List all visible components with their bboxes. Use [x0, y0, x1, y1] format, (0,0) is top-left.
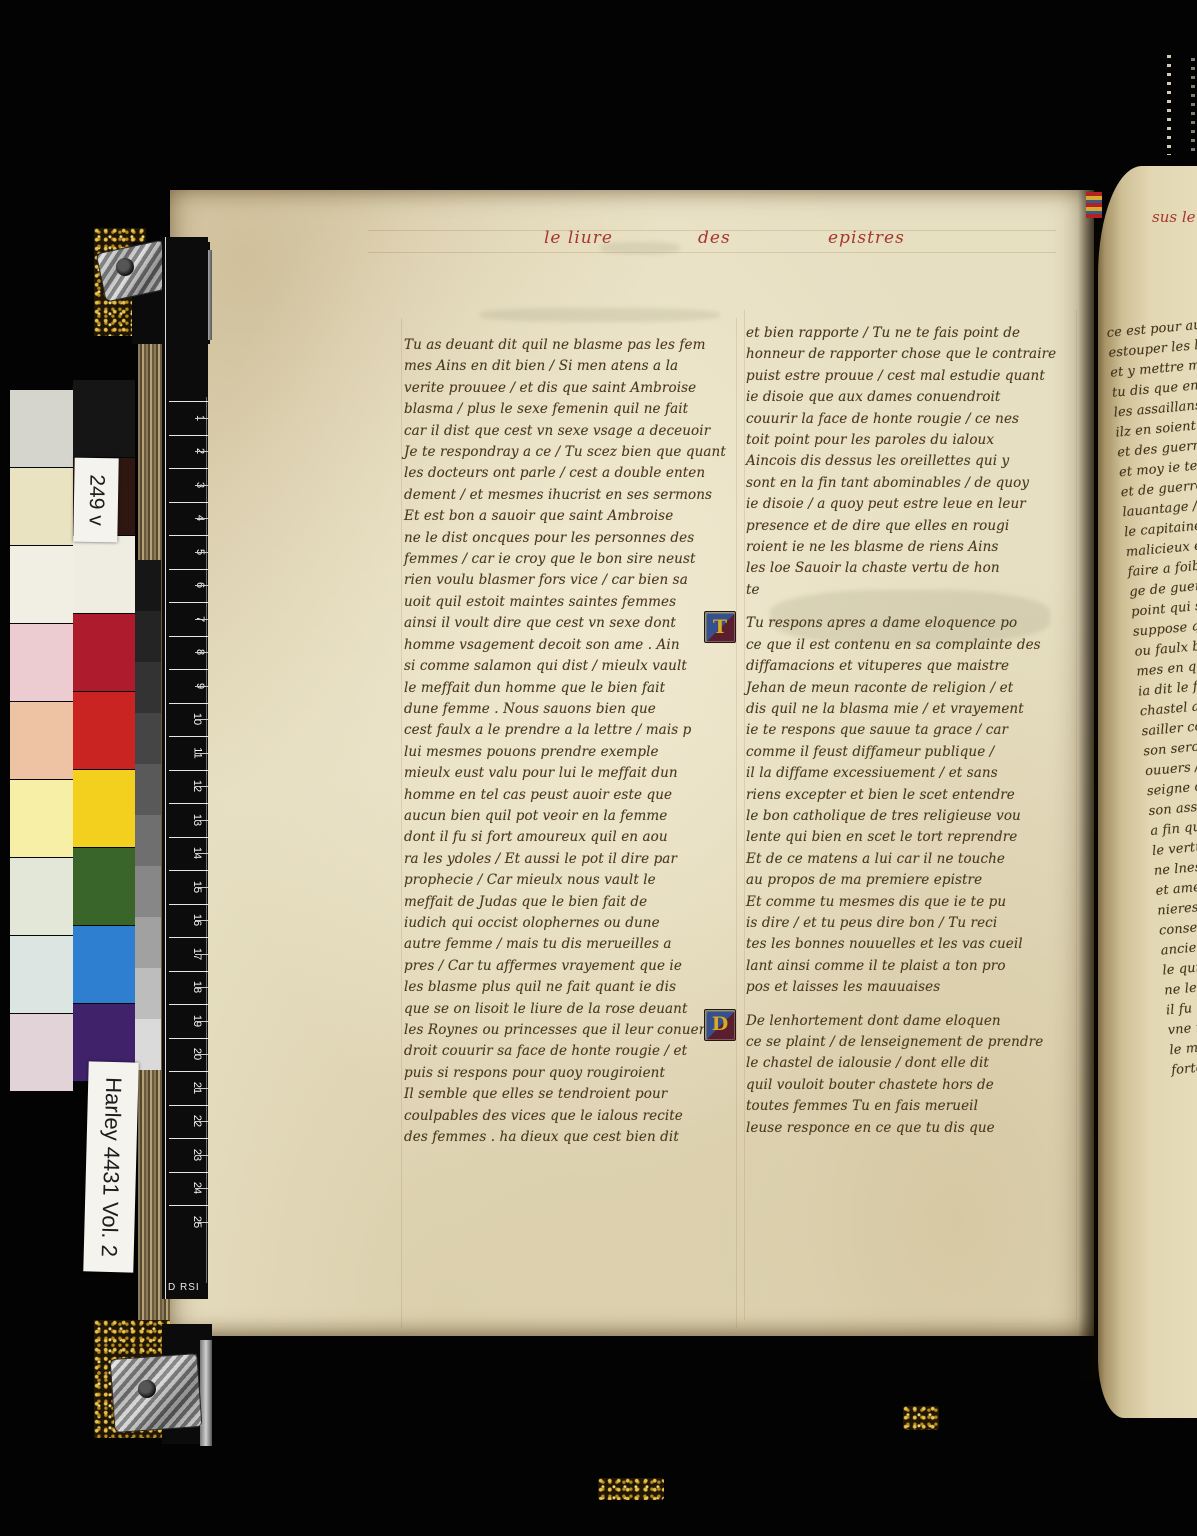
text-line: ie disoie / a quoy peut estre leue en le… [746, 494, 1080, 515]
text-line: lente qui bien en scet le tort reprendre [746, 827, 1080, 848]
text-line: les loe Sauoir la chaste vertu de hon [746, 558, 1080, 579]
text-line: les Roynes ou princesses que il leur con… [404, 1020, 738, 1041]
photograph-stage: le liure des epistres Tu as deuant dit q… [0, 0, 1197, 1536]
ruling-line [401, 318, 402, 1328]
text-line: ie te respons que sauue ta grace / car [746, 720, 1080, 741]
text-line: le chastel de ialousie / dont elle dit [746, 1053, 1080, 1074]
text-line: il la diffame excessiuement / et sans [746, 763, 1080, 784]
text-line: dis quil ne la blasma mie / et vrayement [746, 699, 1080, 720]
recto-running-title: sus le [1152, 208, 1196, 226]
gray-step [135, 1019, 161, 1070]
color-swatch [73, 380, 135, 458]
color-swatch [10, 468, 73, 546]
text-line: Je te respondray a ce / Tu scez bien que… [404, 442, 738, 463]
text-line: coulpables des vices que le ialous recit… [404, 1106, 738, 1127]
text-line: cest faulx a le prendre a la lettre / ma… [404, 720, 738, 741]
ruler-unit: 3 [162, 468, 208, 502]
text-line: puist estre prouue / cest mal estudie qu… [746, 366, 1080, 387]
color-swatch [10, 624, 73, 702]
ruler-unit: 6 [162, 569, 208, 603]
ruler-unit: 1 [162, 401, 208, 435]
ink-showthrough [480, 308, 720, 322]
ruler-unit: 19 [162, 1004, 208, 1038]
text-line: leuse responce en ce que tu dis que [746, 1118, 1080, 1139]
gray-step [135, 968, 161, 1019]
folio-number-sticker: 249 v [73, 458, 118, 543]
paragraph-with-initial-D: D De lenhortement dont dame eloquen ce s… [746, 1011, 1080, 1139]
gilt-edge-dots [1191, 58, 1195, 154]
text-line: iudich qui occist olophernes ou dune [404, 913, 738, 934]
text-line: te [746, 580, 1080, 601]
color-swatch [73, 770, 135, 848]
text-line: le meffait dun homme que le bien fait [404, 678, 738, 699]
gold-edge-glint-bottom [598, 1478, 664, 1500]
text-line: pres / Car tu affermes vrayement que ie [404, 956, 738, 977]
text-line: meffait de Judas que le bien fait de [404, 892, 738, 913]
ruler-footer-label: D RSI [168, 1282, 200, 1293]
gold-edge-glint-right [903, 1406, 939, 1430]
text-line: ie disoie que aux dames conuendroit [746, 387, 1080, 408]
text-line: si comme salamon qui dist / mieulx vault [404, 656, 738, 677]
gray-step [135, 815, 161, 866]
text-line: Aincois dis dessus les oreillettes qui y [746, 451, 1080, 472]
ruling-line [744, 310, 745, 1320]
text-line: que se on lisoit le liure de la rose deu… [404, 999, 738, 1020]
ruler-unit: 24 [162, 1172, 208, 1206]
gray-step [135, 662, 161, 713]
gray-step [135, 764, 161, 815]
text-line: ce se plaint / de lenseignement de prend… [746, 1032, 1080, 1053]
illuminated-initial-T: T [704, 611, 736, 643]
ruler-unit: 5 [162, 535, 208, 569]
text-line: au propos de ma premiere epistre [746, 870, 1080, 891]
paragraph: et bien rapporte / Tu ne te fais point d… [746, 323, 1080, 601]
ruler-unit: 23 [162, 1138, 208, 1172]
grayscale-strip [135, 560, 161, 1070]
metal-clip-bottom [110, 1353, 203, 1433]
color-swatch [73, 692, 135, 770]
ruler-unit: 2 [162, 435, 208, 469]
ruler-unit: 9 [162, 669, 208, 703]
running-title-word: epistres [828, 228, 905, 248]
gilt-edge-dots [1167, 55, 1171, 155]
text-line-first: T Tu respons apres a dame eloquence po [746, 613, 1080, 634]
text-line: mes Ains en dit bien / Si men atens a la [404, 356, 738, 377]
text-line: prophecie / Car mieulx nous vault le [404, 870, 738, 891]
text-line: Et comme tu mesmes dis que ie te pu [746, 892, 1080, 913]
color-swatch [73, 926, 135, 1004]
color-swatch [10, 1014, 73, 1092]
ruler-unit: 25 [162, 1205, 208, 1239]
text-line: lui mesmes pouons prendre exemple [404, 742, 738, 763]
text-line: toit point pour les paroles du ialoux [746, 430, 1080, 451]
ruler-unit: 11 [162, 736, 208, 770]
text-line: presence et de dire que elles en rougi [746, 516, 1080, 537]
text-line: des femmes . ha dieux que cest bien dit [404, 1127, 738, 1148]
ruler-unit: 12 [162, 770, 208, 804]
text-line: quil vouloit bouter chastete hors de [746, 1075, 1080, 1096]
ruler-unit: 10 [162, 703, 208, 737]
text-line: Et est bon a sauoir que saint Ambroise [404, 506, 738, 527]
text-line: tes les bonnes nouuelles et les vas cuei… [746, 934, 1080, 955]
text-column-1: Tu as deuant dit quil ne blasme pas les … [404, 335, 738, 1148]
ruler-unit: 15 [162, 870, 208, 904]
text-line: ainsi il voult dire que cest vn sexe don… [404, 613, 738, 634]
ruler-unit: 21 [162, 1071, 208, 1105]
ruler-scale: 1234567891011121314151617181920212223242… [162, 401, 208, 1239]
ruling-line [368, 252, 1056, 253]
ruler-unit: 22 [162, 1105, 208, 1139]
text-line: Il semble que elles se tendroient pour [404, 1084, 738, 1105]
color-swatch [10, 780, 73, 858]
running-title-word: le liure [544, 228, 613, 248]
ruler-unit: 7 [162, 602, 208, 636]
clip-hole-top [116, 258, 134, 276]
clip-hole-bottom [138, 1380, 156, 1398]
manuscript-recto-page: sus le ce est pour auiser lesestouper le… [1098, 166, 1197, 1418]
text-line: homme vsagement decoit son ame . Ain [404, 635, 738, 656]
first-line-text: Tu respons apres a dame eloquence po [746, 615, 1017, 631]
illuminated-initial-D: D [704, 1009, 736, 1041]
text-line: roient ie ne les blasme de riens Ains [746, 537, 1080, 558]
text-line: toutes femmes Tu en fais merueil [746, 1096, 1080, 1117]
text-line: dont il fu si fort amoureux quil en aou [404, 827, 738, 848]
shelfmark-sticker: Harley 4431 Vol. 2 [83, 1061, 138, 1272]
strap-bar-bottom [200, 1340, 212, 1446]
gutter-shadow [1078, 190, 1100, 1380]
gray-step [135, 560, 161, 611]
text-line: riens excepter et bien le scet entendre [746, 785, 1080, 806]
text-line: is dire / et tu peus dire bon / Tu reci [746, 913, 1080, 934]
text-line: aucun bien quil pot veoir en la femme [404, 806, 738, 827]
text-line: Tu as deuant dit quil ne blasme pas les … [404, 335, 738, 356]
text-line: pos et laisses les mauuaises [746, 977, 1080, 998]
ruler-unit: 4 [162, 502, 208, 536]
color-swatch [10, 546, 73, 624]
text-line: ce que il est contenu en sa complainte d… [746, 635, 1080, 656]
color-swatch [73, 848, 135, 926]
ruler-unit: 17 [162, 937, 208, 971]
color-swatch [10, 936, 73, 1014]
gray-step [135, 866, 161, 917]
text-line: droit couurir sa face de honte rougie / … [404, 1041, 738, 1062]
text-line-first: D De lenhortement dont dame eloquen [746, 1011, 1080, 1032]
ruler-unit: 14 [162, 837, 208, 871]
text-line: les blasme plus quil ne fait quant ie di… [404, 977, 738, 998]
text-column-2: et bien rapporte / Tu ne te fais point d… [746, 323, 1080, 1139]
text-line: femmes / car ie croy que le bon sire neu… [404, 549, 738, 570]
text-line: les docteurs ont parle / cest a double e… [404, 463, 738, 484]
text-line: ne le dist oncques pour les personnes de… [404, 528, 738, 549]
ruler-unit: 13 [162, 803, 208, 837]
text-line: dement / et mesmes ihucrist en ses sermo… [404, 485, 738, 506]
text-line: homme en tel cas peust auoir este que [404, 785, 738, 806]
text-line: Et de ce matens a lui car il ne touche [746, 849, 1080, 870]
paragraph-body: ce se plaint / de lenseignement de prend… [746, 1032, 1080, 1139]
text-line: sont en la fin tant abominables / de quo… [746, 473, 1080, 494]
text-line: uoit quil estoit maintes saintes femmes [404, 592, 738, 613]
color-swatch [73, 614, 135, 692]
color-swatch [10, 702, 73, 780]
text-line: blasma / plus le sexe femenin quil ne fa… [404, 399, 738, 420]
ruler-unit: 18 [162, 971, 208, 1005]
text-line: verite prouuee / et dis que saint Ambroi… [404, 378, 738, 399]
ruler-unit: 20 [162, 1038, 208, 1072]
color-swatch [73, 536, 135, 614]
ruler: 1234567891011121314151617181920212223242… [162, 237, 208, 1299]
gilded-page-edge-decoration [1086, 192, 1102, 218]
text-line: ra les ydoles / Et aussi le pot il dire … [404, 849, 738, 870]
ruler-unit: 16 [162, 904, 208, 938]
recto-text-column: ce est pour auiser lesestouper les lieux… [1106, 312, 1197, 1081]
text-line: car il dist que cest vn sexe vsage a dec… [404, 421, 738, 442]
running-title-word: des [698, 228, 731, 248]
first-line-text: De lenhortement dont dame eloquen [746, 1013, 1001, 1029]
text-line: autre femme / mais tu dis merueilles a [404, 934, 738, 955]
color-card-outer-column [10, 390, 73, 1092]
text-line: diffamacions et vituperes que maistre [746, 656, 1080, 677]
text-line: et bien rapporte / Tu ne te fais point d… [746, 323, 1080, 344]
text-line: puis si respons pour quoy rougiroient [404, 1063, 738, 1084]
text-line: dune femme . Nous sauons bien que [404, 699, 738, 720]
text-line: Jehan de meun raconte de religion / et [746, 678, 1080, 699]
manuscript-verso-page: le liure des epistres Tu as deuant dit q… [170, 190, 1094, 1336]
text-line: honneur de rapporter chose que le contra… [746, 344, 1080, 365]
text-line: comme il feust diffameur publique / [746, 742, 1080, 763]
ruler-unit: 8 [162, 636, 208, 670]
paragraph-body: ce que il est contenu en sa complainte d… [746, 635, 1080, 999]
text-line: couurir la face de honte rougie / ce nes [746, 409, 1080, 430]
color-swatch [10, 390, 73, 468]
text-line: rien voulu blasmer fors vice / car bien … [404, 570, 738, 591]
gray-step [135, 611, 161, 662]
color-swatch [10, 858, 73, 936]
text-line: lant ainsi comme il te plaist a ton pro [746, 956, 1080, 977]
gray-step [135, 713, 161, 764]
gray-step [135, 917, 161, 968]
text-line: le bon catholique de tres religieuse vou [746, 806, 1080, 827]
paragraph-with-initial-T: T Tu respons apres a dame eloquence po c… [746, 613, 1080, 998]
text-line: mieulx eust valu pour lui le meffait dun [404, 763, 738, 784]
